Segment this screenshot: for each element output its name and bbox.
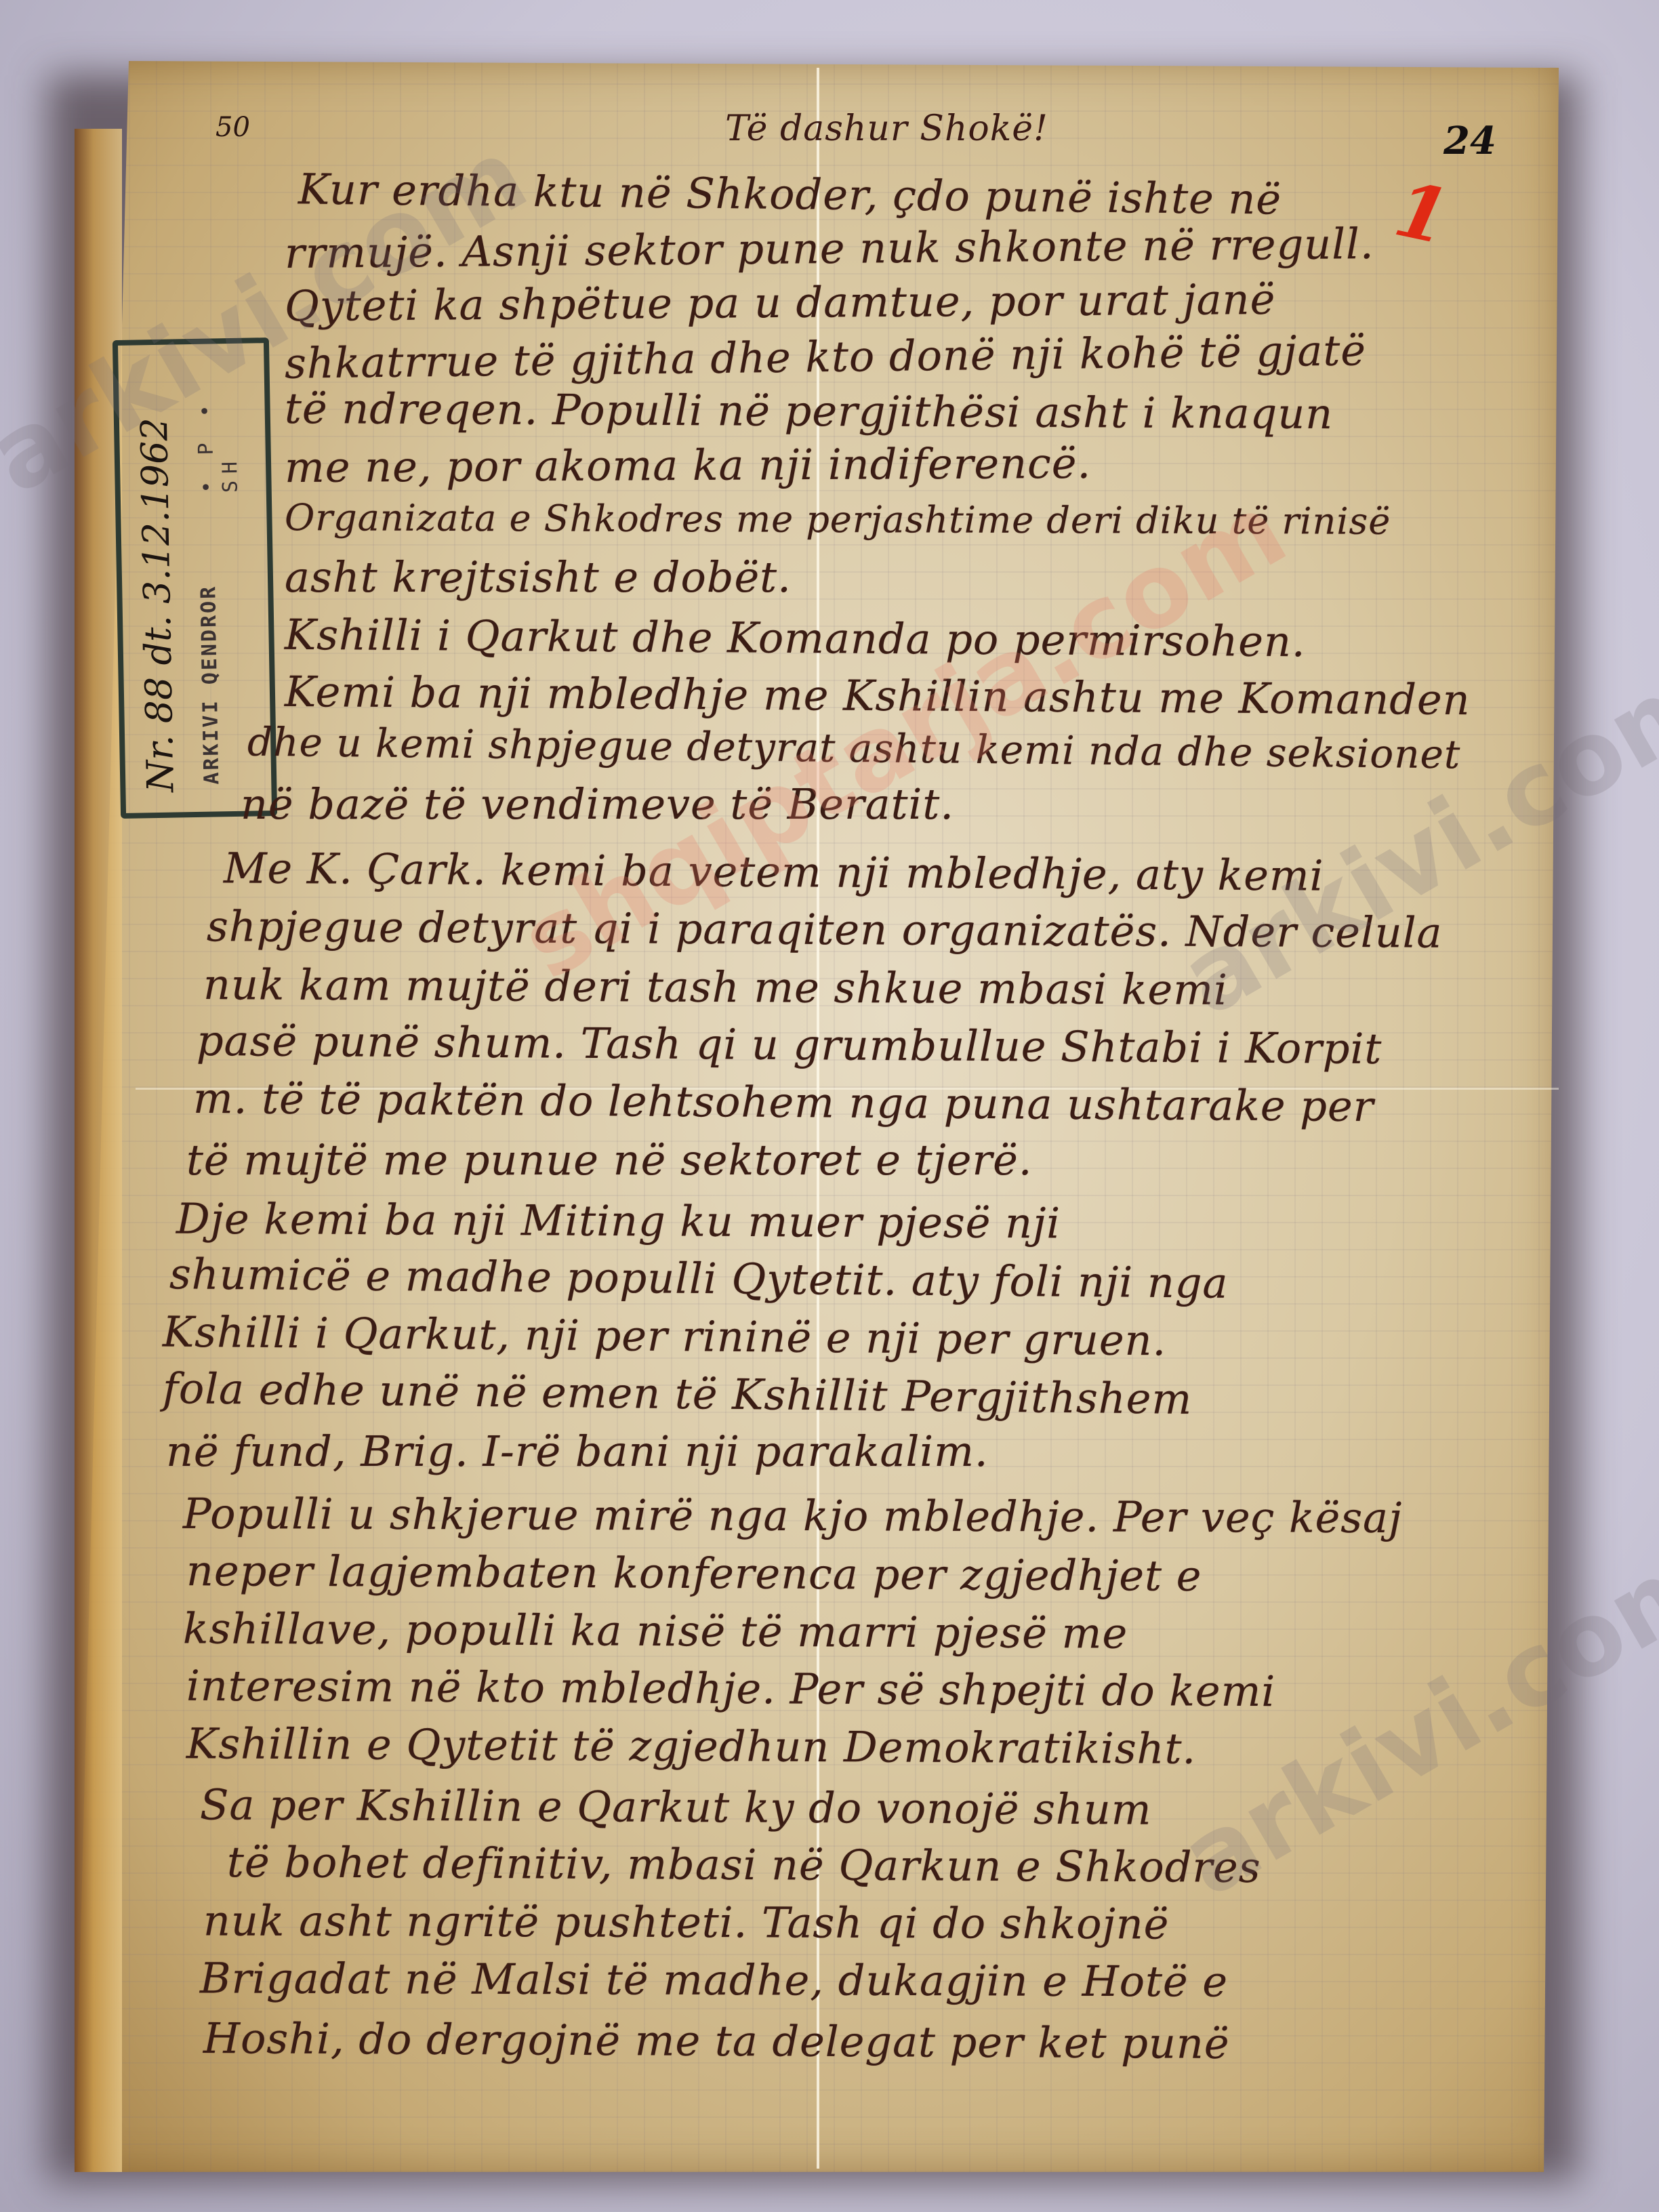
text-line: dhe u kemi shpjegue detyrat ashtu kemi n… bbox=[247, 719, 1461, 778]
text-line: Kshillin e Qytetit të zgjedhun Demokrati… bbox=[186, 1719, 1197, 1774]
text-line: interesim në kto mbledhje. Per së shpejt… bbox=[186, 1661, 1276, 1716]
text-line: në fund, Brig. I-rë bani nji parakalim. bbox=[166, 1427, 989, 1476]
text-line: nuk asht ngritë pushteti. Tash qi do shk… bbox=[203, 1896, 1170, 1949]
text-line: asht krejtsisht e dobët. bbox=[285, 552, 792, 602]
text-line: shumicë e madhe populli Qytetit. aty fol… bbox=[169, 1249, 1229, 1308]
text-line: Hoshi, do dergojnë me ta delegat per ket… bbox=[203, 2013, 1230, 2068]
text-line: Kemi ba nji mbledhje me Kshillin ashtu m… bbox=[285, 667, 1471, 724]
text-line: Brigadat në Malsi të madhe, dukagjin e H… bbox=[200, 1953, 1228, 2006]
text-line: Populli u shkjerue mirë nga kjo mbledhje… bbox=[183, 1489, 1403, 1542]
text-line: rrmujë. Asnji sektor pune nuk shkonte në… bbox=[285, 219, 1374, 278]
text-line: të mujtë me punue në sektoret e tjerë. bbox=[186, 1135, 1033, 1185]
text-line: nuk kam mujtë deri tash me shkue mbasi k… bbox=[203, 960, 1228, 1015]
text-line: Sa per Kshillin e Qarkut ky do vonojë sh… bbox=[200, 1780, 1152, 1834]
text-line: Dje kemi ba nji Miting ku muer pjesë nji bbox=[176, 1194, 1061, 1248]
text-line: m. të të paktën do lehtsohem nga puna us… bbox=[193, 1073, 1374, 1131]
text-line: të bohet definitiv, mbasi në Qarkun e Sh… bbox=[227, 1837, 1261, 1892]
text-line: Me K. Çark. kemi ba vetem nji mbledhje, … bbox=[224, 843, 1324, 900]
text-line: kshillave, populli ka nisë të marri pjes… bbox=[183, 1603, 1128, 1658]
text-line: me ne, por akoma ka nji indiferencë. bbox=[285, 438, 1092, 492]
text-line: të ndreqen. Populli në pergjithësi asht … bbox=[285, 384, 1334, 438]
text-line: shkatrrue të gjitha dhe kto donë nji koh… bbox=[285, 325, 1367, 388]
letter-body: Kur erdha ktu në Shkoder, çdo punë ishte… bbox=[0, 0, 1659, 2212]
text-line: shpjegue detyrat qi i paraqiten organiza… bbox=[207, 901, 1443, 958]
text-line: Kshilli i Qarkut, nji per rininë e nji p… bbox=[163, 1307, 1167, 1366]
text-line: pasë punë shum. Tash qi u grumbullue Sht… bbox=[197, 1016, 1382, 1073]
text-line: Organizata e Shkodres me perjashtime der… bbox=[285, 496, 1391, 543]
text-line: neper lagjembaten konferenca per zgjedhj… bbox=[186, 1546, 1202, 1601]
text-line: në bazë të vendimeve të Beratit. bbox=[241, 779, 954, 829]
text-line: fola edhe unë në emen të Kshillit Pergji… bbox=[163, 1364, 1193, 1424]
text-line: Qyteti ka shpëtue pa u damtue, por urat … bbox=[285, 274, 1276, 331]
text-line: Kur erdha ktu në Shkoder, çdo punë ishte… bbox=[298, 164, 1282, 224]
text-line: Kshilli i Qarkut dhe Komanda po permirso… bbox=[285, 610, 1306, 667]
